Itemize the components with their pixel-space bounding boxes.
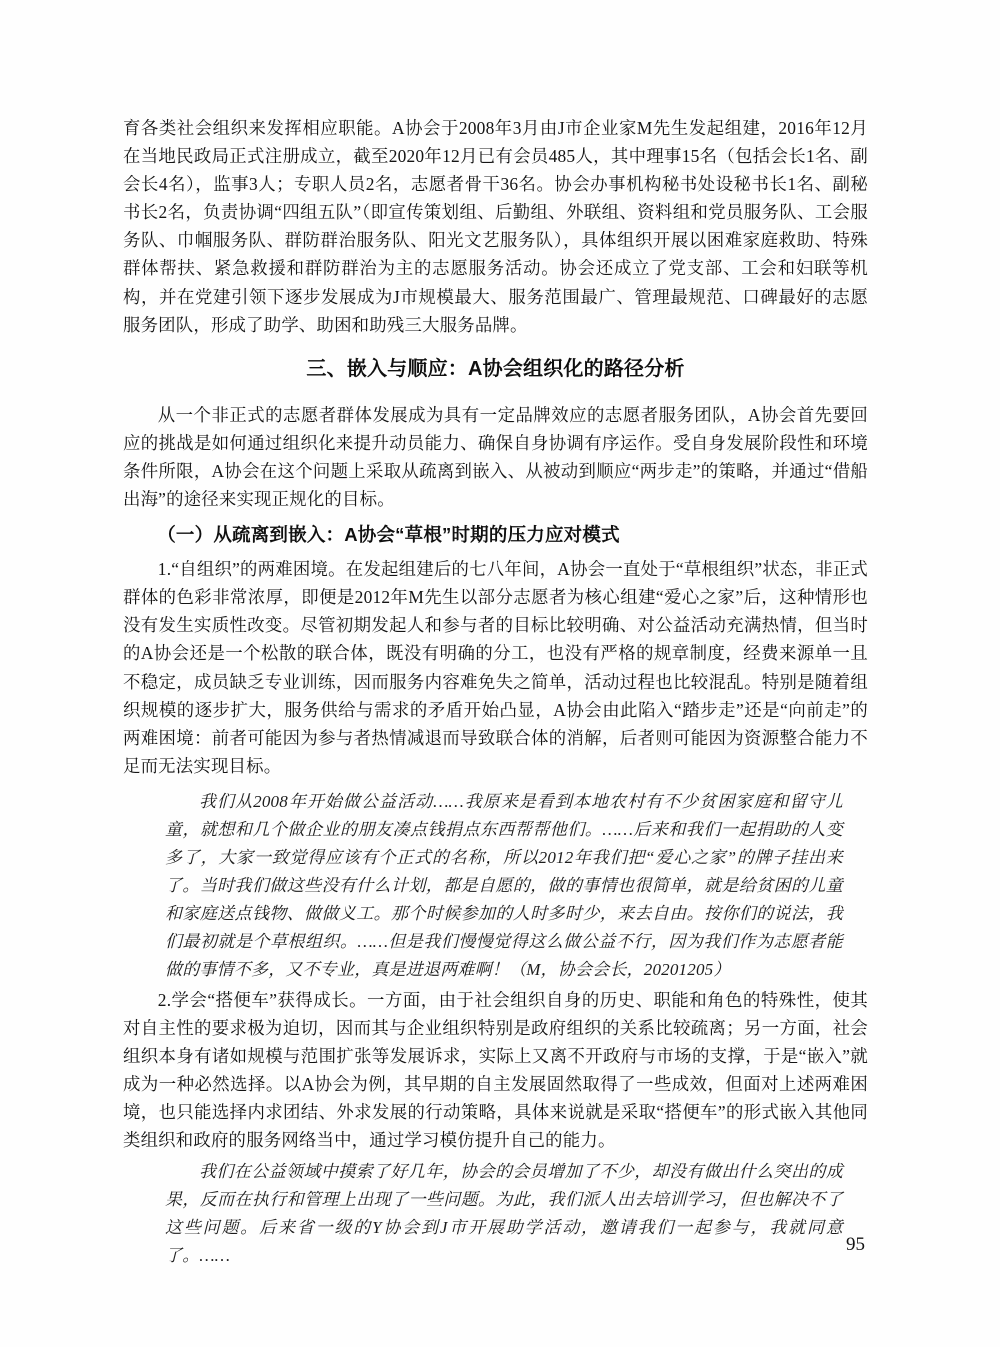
paragraph-dilemma: 1.“自组织”的两难困境。在发起组建后的七八年间，A协会一直处于“草根组织”状态…	[123, 555, 868, 780]
paragraph-top-continued: 育各类社会组织来发挥相应职能。A协会于2008年3月由J市企业家M先生发起组建，…	[123, 114, 868, 339]
paragraph-free-ride: 2.学会“搭便车”获得成长。一方面，由于社会组织自身的历史、职能和角色的特殊性，…	[123, 986, 868, 1155]
subsection-heading: （一）从疏离到嵌入：A协会“草根”时期的压力应对模式	[123, 522, 868, 548]
document-page: 育各类社会组织来发挥相应职能。A协会于2008年3月由J市企业家M先生发起组建，…	[0, 0, 1000, 1347]
paragraph-intro: 从一个非正式的志愿者群体发展成为具有一定品牌效应的志愿者服务团队，A协会首先要回…	[123, 401, 868, 513]
interview-quote-2: 我们在公益领域中摸索了好几年，协会的会员增加了不少，却没有做出什么突出的成果，反…	[165, 1158, 843, 1270]
section-heading: 三、嵌入与顺应：A协会组织化的路径分析	[123, 355, 868, 383]
text-block: 育各类社会组织来发挥相应职能。A协会于2008年3月由J市企业家M先生发起组建，…	[123, 114, 868, 1272]
interview-quote-1: 我们从2008年开始做公益活动……我原来是看到本地农村有不少贫困家庭和留守儿童，…	[165, 788, 843, 984]
page-number: 95	[846, 1232, 865, 1258]
